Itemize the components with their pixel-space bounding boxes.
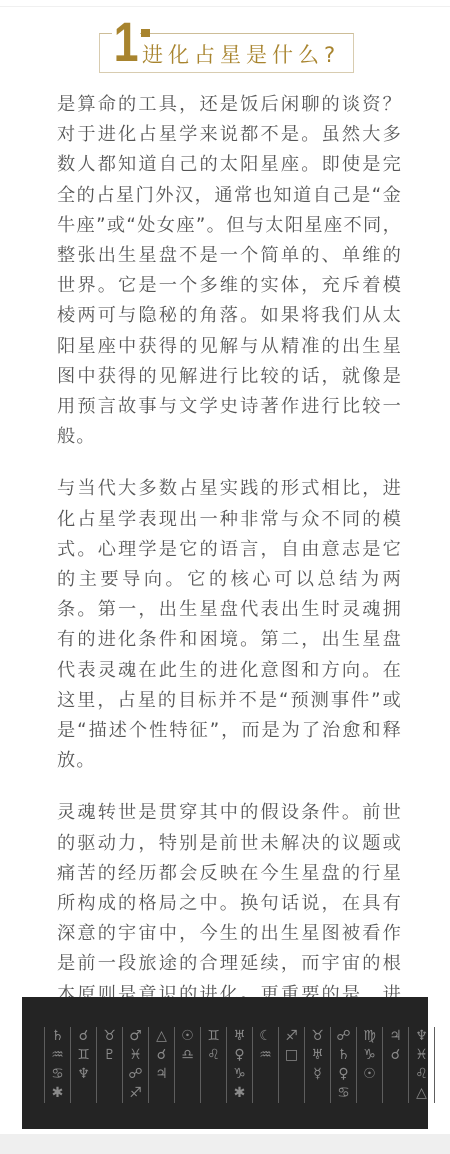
symbol-column: ♉♅☿ — [304, 1027, 330, 1103]
astrology-glyph-icon: ♓ — [129, 1046, 142, 1065]
astrology-glyph-icon: ♉ — [103, 1027, 116, 1046]
symbol-column: ♂♓☍♐ — [122, 1027, 148, 1103]
symbol-column: ♊♌ — [200, 1027, 226, 1103]
symbol-column: ♄♒♋✱ — [44, 1027, 70, 1103]
astrology-glyph-icon: ☌ — [79, 1027, 88, 1046]
astrology-glyph-icon: ♑ — [363, 1046, 376, 1065]
astrology-glyph-icon: ♉ — [311, 1027, 324, 1046]
astrology-glyph-icon: ✱ — [234, 1084, 246, 1103]
astrology-glyph-icon: ♒ — [51, 1046, 64, 1065]
astrology-glyph-icon: ♎ — [181, 1046, 194, 1065]
astrology-glyph-icon: ♃ — [155, 1065, 168, 1084]
astrology-glyph-icon: ♍ — [363, 1027, 376, 1046]
astrology-glyph-icon: ♀ — [234, 1046, 244, 1065]
astrology-glyph-icon: ♒ — [259, 1046, 272, 1065]
symbol-column: ♐□ — [278, 1027, 304, 1103]
astrology-glyph-icon: ♃ — [389, 1027, 402, 1046]
symbol-columns: ♄♒♋✱☌♊♆♉♇♂♓☍♐△☌♃☉♎♊♌♅♀♑✱☾♒♐□♉♅☿☍♄♀♋♍♑☉♃☌… — [44, 1027, 435, 1103]
paragraph: 与当代大多数占星实践的形式相比，进化占星学表现出一种非常与众不同的模式。心理学是… — [57, 474, 402, 776]
astrology-glyph-icon: ♓ — [415, 1046, 428, 1065]
symbol-column: ☍♄♀♋ — [330, 1027, 356, 1103]
astrology-glyph-icon: ♌ — [415, 1065, 428, 1084]
astrology-symbols-banner: ♄♒♋✱☌♊♆♉♇♂♓☍♐△☌♃☉♎♊♌♅♀♑✱☾♒♐□♉♅☿☍♄♀♋♍♑☉♃☌… — [22, 997, 428, 1129]
symbol-column: ♅♀♑✱ — [226, 1027, 252, 1103]
astrology-glyph-icon: ♋ — [337, 1084, 350, 1103]
astrology-glyph-icon: ♊ — [207, 1027, 220, 1046]
symbol-column: ♉♇ — [96, 1027, 122, 1103]
astrology-glyph-icon: ♀ — [338, 1065, 348, 1084]
astrology-glyph-icon: ♂ — [129, 1027, 142, 1046]
astrology-glyph-icon: ♋ — [51, 1065, 64, 1084]
astrology-glyph-icon: ☾ — [259, 1027, 272, 1046]
astrology-glyph-icon: ♅ — [311, 1046, 324, 1065]
astrology-glyph-icon: ☍ — [336, 1027, 350, 1046]
article-body: 是算命的工具，还是饭后闲聊的谈资？对于进化占星学来说都不是。虽然大多数人都知道自… — [57, 90, 402, 1101]
astrology-glyph-icon: ☍ — [128, 1065, 142, 1084]
astrology-glyph-icon: ☉ — [181, 1027, 194, 1046]
section-title: 进化占星是什么? — [142, 43, 340, 67]
astrology-glyph-icon: □ — [285, 1046, 298, 1065]
symbol-column: ☉♎ — [174, 1027, 200, 1103]
symbol-column: △☌♃ — [148, 1027, 174, 1103]
astrology-glyph-icon: ☉ — [363, 1065, 376, 1084]
symbol-column: ☾♒ — [252, 1027, 278, 1103]
astrology-glyph-icon: ♇ — [103, 1046, 116, 1065]
astrology-glyph-icon: ♌ — [207, 1046, 220, 1065]
astrology-glyph-icon: ♐ — [285, 1027, 298, 1046]
astrology-glyph-icon: ☌ — [391, 1046, 400, 1065]
astrology-glyph-icon: △ — [156, 1027, 167, 1046]
symbol-column: ♆♓♌△ — [408, 1027, 435, 1103]
footer-band — [0, 1134, 450, 1154]
astrology-glyph-icon: ♆ — [77, 1065, 90, 1084]
heading-accent-square — [141, 29, 150, 37]
astrology-glyph-icon: ♊ — [77, 1046, 90, 1065]
astrology-glyph-icon: △ — [416, 1084, 427, 1103]
astrology-glyph-icon: ♆ — [415, 1027, 428, 1046]
astrology-glyph-icon: ♄ — [51, 1027, 64, 1046]
astrology-glyph-icon: ♐ — [129, 1084, 142, 1103]
section-number: 1 — [112, 14, 140, 70]
symbol-column: ♍♑☉ — [356, 1027, 382, 1103]
symbol-column: ♃☌ — [382, 1027, 408, 1103]
astrology-glyph-icon: ♄ — [337, 1046, 350, 1065]
astrology-glyph-icon: ☌ — [157, 1046, 166, 1065]
symbol-column: ☌♊♆ — [70, 1027, 96, 1103]
astrology-glyph-icon: ♑ — [233, 1065, 246, 1084]
astrology-glyph-icon: ♅ — [233, 1027, 246, 1046]
astrology-glyph-icon: ✱ — [52, 1084, 64, 1103]
astrology-glyph-icon: ☿ — [313, 1065, 322, 1084]
top-divider — [0, 0, 450, 7]
paragraph: 是算命的工具，还是饭后闲聊的谈资？对于进化占星学来说都不是。虽然大多数人都知道自… — [57, 90, 402, 452]
